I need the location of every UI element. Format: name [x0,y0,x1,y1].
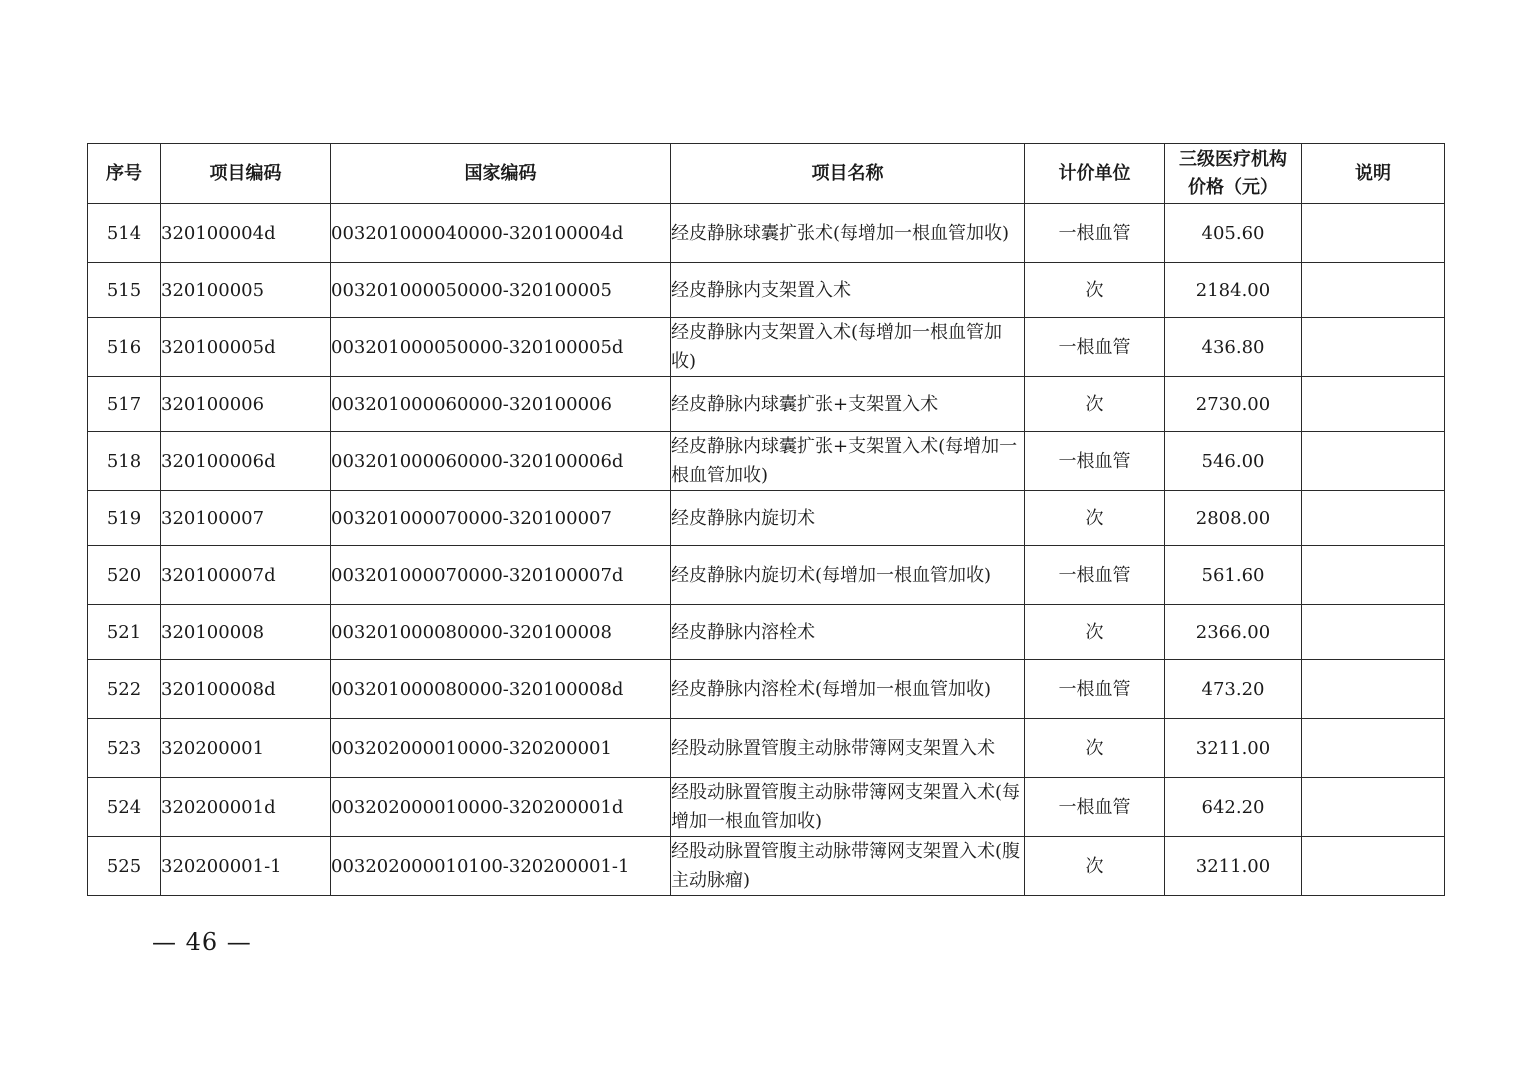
cell-item-name: 经皮静脉内溶栓术(每增加一根血管加收) [671,660,1025,719]
cell-seq: 515 [88,263,161,318]
cell-national-code: 003201000080000-320100008 [331,605,671,660]
cell-price: 3211.00 [1165,719,1302,778]
table-row: 522 320100008d 003201000080000-320100008… [88,660,1445,719]
header-price-line2: 价格（元） [1165,174,1301,202]
table-row: 514 320100004d 003201000040000-320100004… [88,204,1445,263]
cell-note [1302,837,1445,896]
table-row: 521 320100008 003201000080000-320100008 … [88,605,1445,660]
cell-price: 405.60 [1165,204,1302,263]
cell-seq: 517 [88,377,161,432]
table-row: 517 320100006 003201000060000-320100006 … [88,377,1445,432]
cell-unit: 次 [1025,491,1165,546]
cell-note [1302,377,1445,432]
document-page: 序号 项目编码 国家编码 项目名称 计价单位 三级医疗机构 价格（元） 说明 5… [0,0,1520,1074]
cell-note [1302,778,1445,837]
cell-seq: 514 [88,204,161,263]
cell-price: 642.20 [1165,778,1302,837]
cell-national-code: 003201000050000-320100005 [331,263,671,318]
cell-item-code: 320100007 [161,491,331,546]
cell-item-name: 经皮静脉内球囊扩张+支架置入术 [671,377,1025,432]
cell-item-code: 320100006d [161,432,331,491]
cell-note [1302,546,1445,605]
header-item-name: 项目名称 [671,144,1025,204]
cell-item-code: 320100008d [161,660,331,719]
cell-national-code: 003201000070000-320100007 [331,491,671,546]
cell-national-code: 003201000060000-320100006d [331,432,671,491]
cell-item-code: 320100006 [161,377,331,432]
cell-item-name: 经股动脉置管腹主动脉带簿网支架置入术 [671,719,1025,778]
cell-national-code: 003201000060000-320100006 [331,377,671,432]
cell-seq: 520 [88,546,161,605]
cell-note [1302,660,1445,719]
cell-item-code: 320200001 [161,719,331,778]
page-number: — 46 — [152,928,252,956]
cell-seq: 519 [88,491,161,546]
cell-seq: 522 [88,660,161,719]
cell-item-name: 经皮静脉球囊扩张术(每增加一根血管加收) [671,204,1025,263]
cell-unit: 一根血管 [1025,660,1165,719]
header-price: 三级医疗机构 价格（元） [1165,144,1302,204]
table-row: 515 320100005 003201000050000-320100005 … [88,263,1445,318]
cell-seq: 523 [88,719,161,778]
cell-note [1302,204,1445,263]
cell-seq: 521 [88,605,161,660]
cell-seq: 518 [88,432,161,491]
cell-price: 2808.00 [1165,491,1302,546]
cell-price: 561.60 [1165,546,1302,605]
table-row: 524 320200001d 003202000010000-320200001… [88,778,1445,837]
header-seq: 序号 [88,144,161,204]
cell-unit: 一根血管 [1025,546,1165,605]
header-note: 说明 [1302,144,1445,204]
cell-unit: 次 [1025,377,1165,432]
cell-item-name: 经皮静脉内旋切术(每增加一根血管加收) [671,546,1025,605]
table-row: 518 320100006d 003201000060000-320100006… [88,432,1445,491]
cell-price: 473.20 [1165,660,1302,719]
cell-national-code: 003202000010000-320200001 [331,719,671,778]
cell-unit: 一根血管 [1025,318,1165,377]
table-header-row: 序号 项目编码 国家编码 项目名称 计价单位 三级医疗机构 价格（元） 说明 [88,144,1445,204]
header-item-code: 项目编码 [161,144,331,204]
cell-unit: 次 [1025,837,1165,896]
cell-unit: 次 [1025,605,1165,660]
header-national-code: 国家编码 [331,144,671,204]
cell-item-code: 320200001-1 [161,837,331,896]
cell-national-code: 003202000010000-320200001d [331,778,671,837]
cell-national-code: 003201000040000-320100004d [331,204,671,263]
table-row: 516 320100005d 003201000050000-320100005… [88,318,1445,377]
cell-note [1302,491,1445,546]
cell-item-code: 320100007d [161,546,331,605]
table-row: 520 320100007d 003201000070000-320100007… [88,546,1445,605]
cell-note [1302,719,1445,778]
cell-seq: 516 [88,318,161,377]
cell-item-code: 320100004d [161,204,331,263]
cell-price: 3211.00 [1165,837,1302,896]
cell-item-name: 经股动脉置管腹主动脉带簿网支架置入术(腹主动脉瘤) [671,837,1025,896]
header-unit: 计价单位 [1025,144,1165,204]
cell-price: 2184.00 [1165,263,1302,318]
cell-national-code: 003201000050000-320100005d [331,318,671,377]
table-row: 523 320200001 003202000010000-320200001 … [88,719,1445,778]
cell-unit: 一根血管 [1025,778,1165,837]
cell-price: 2730.00 [1165,377,1302,432]
cell-unit: 次 [1025,263,1165,318]
cell-national-code: 003202000010100-320200001-1 [331,837,671,896]
cell-seq: 524 [88,778,161,837]
cell-price: 2366.00 [1165,605,1302,660]
cell-item-code: 320100005 [161,263,331,318]
cell-item-code: 320200001d [161,778,331,837]
cell-seq: 525 [88,837,161,896]
cell-item-name: 经皮静脉内支架置入术 [671,263,1025,318]
cell-item-name: 经皮静脉内支架置入术(每增加一根血管加收) [671,318,1025,377]
cell-item-name: 经皮静脉内球囊扩张+支架置入术(每增加一根血管加收) [671,432,1025,491]
cell-national-code: 003201000080000-320100008d [331,660,671,719]
table-row: 525 320200001-1 003202000010100-32020000… [88,837,1445,896]
cell-item-code: 320100005d [161,318,331,377]
cell-item-name: 经皮静脉内溶栓术 [671,605,1025,660]
cell-unit: 次 [1025,719,1165,778]
medical-price-table: 序号 项目编码 国家编码 项目名称 计价单位 三级医疗机构 价格（元） 说明 5… [87,143,1445,896]
cell-item-code: 320100008 [161,605,331,660]
header-price-line1: 三级医疗机构 [1165,146,1301,174]
cell-price: 546.00 [1165,432,1302,491]
cell-item-name: 经皮静脉内旋切术 [671,491,1025,546]
cell-note [1302,432,1445,491]
cell-note [1302,263,1445,318]
cell-note [1302,605,1445,660]
cell-item-name: 经股动脉置管腹主动脉带簿网支架置入术(每增加一根血管加收) [671,778,1025,837]
table-row: 519 320100007 003201000070000-320100007 … [88,491,1445,546]
cell-national-code: 003201000070000-320100007d [331,546,671,605]
cell-price: 436.80 [1165,318,1302,377]
cell-unit: 一根血管 [1025,432,1165,491]
cell-note [1302,318,1445,377]
cell-unit: 一根血管 [1025,204,1165,263]
